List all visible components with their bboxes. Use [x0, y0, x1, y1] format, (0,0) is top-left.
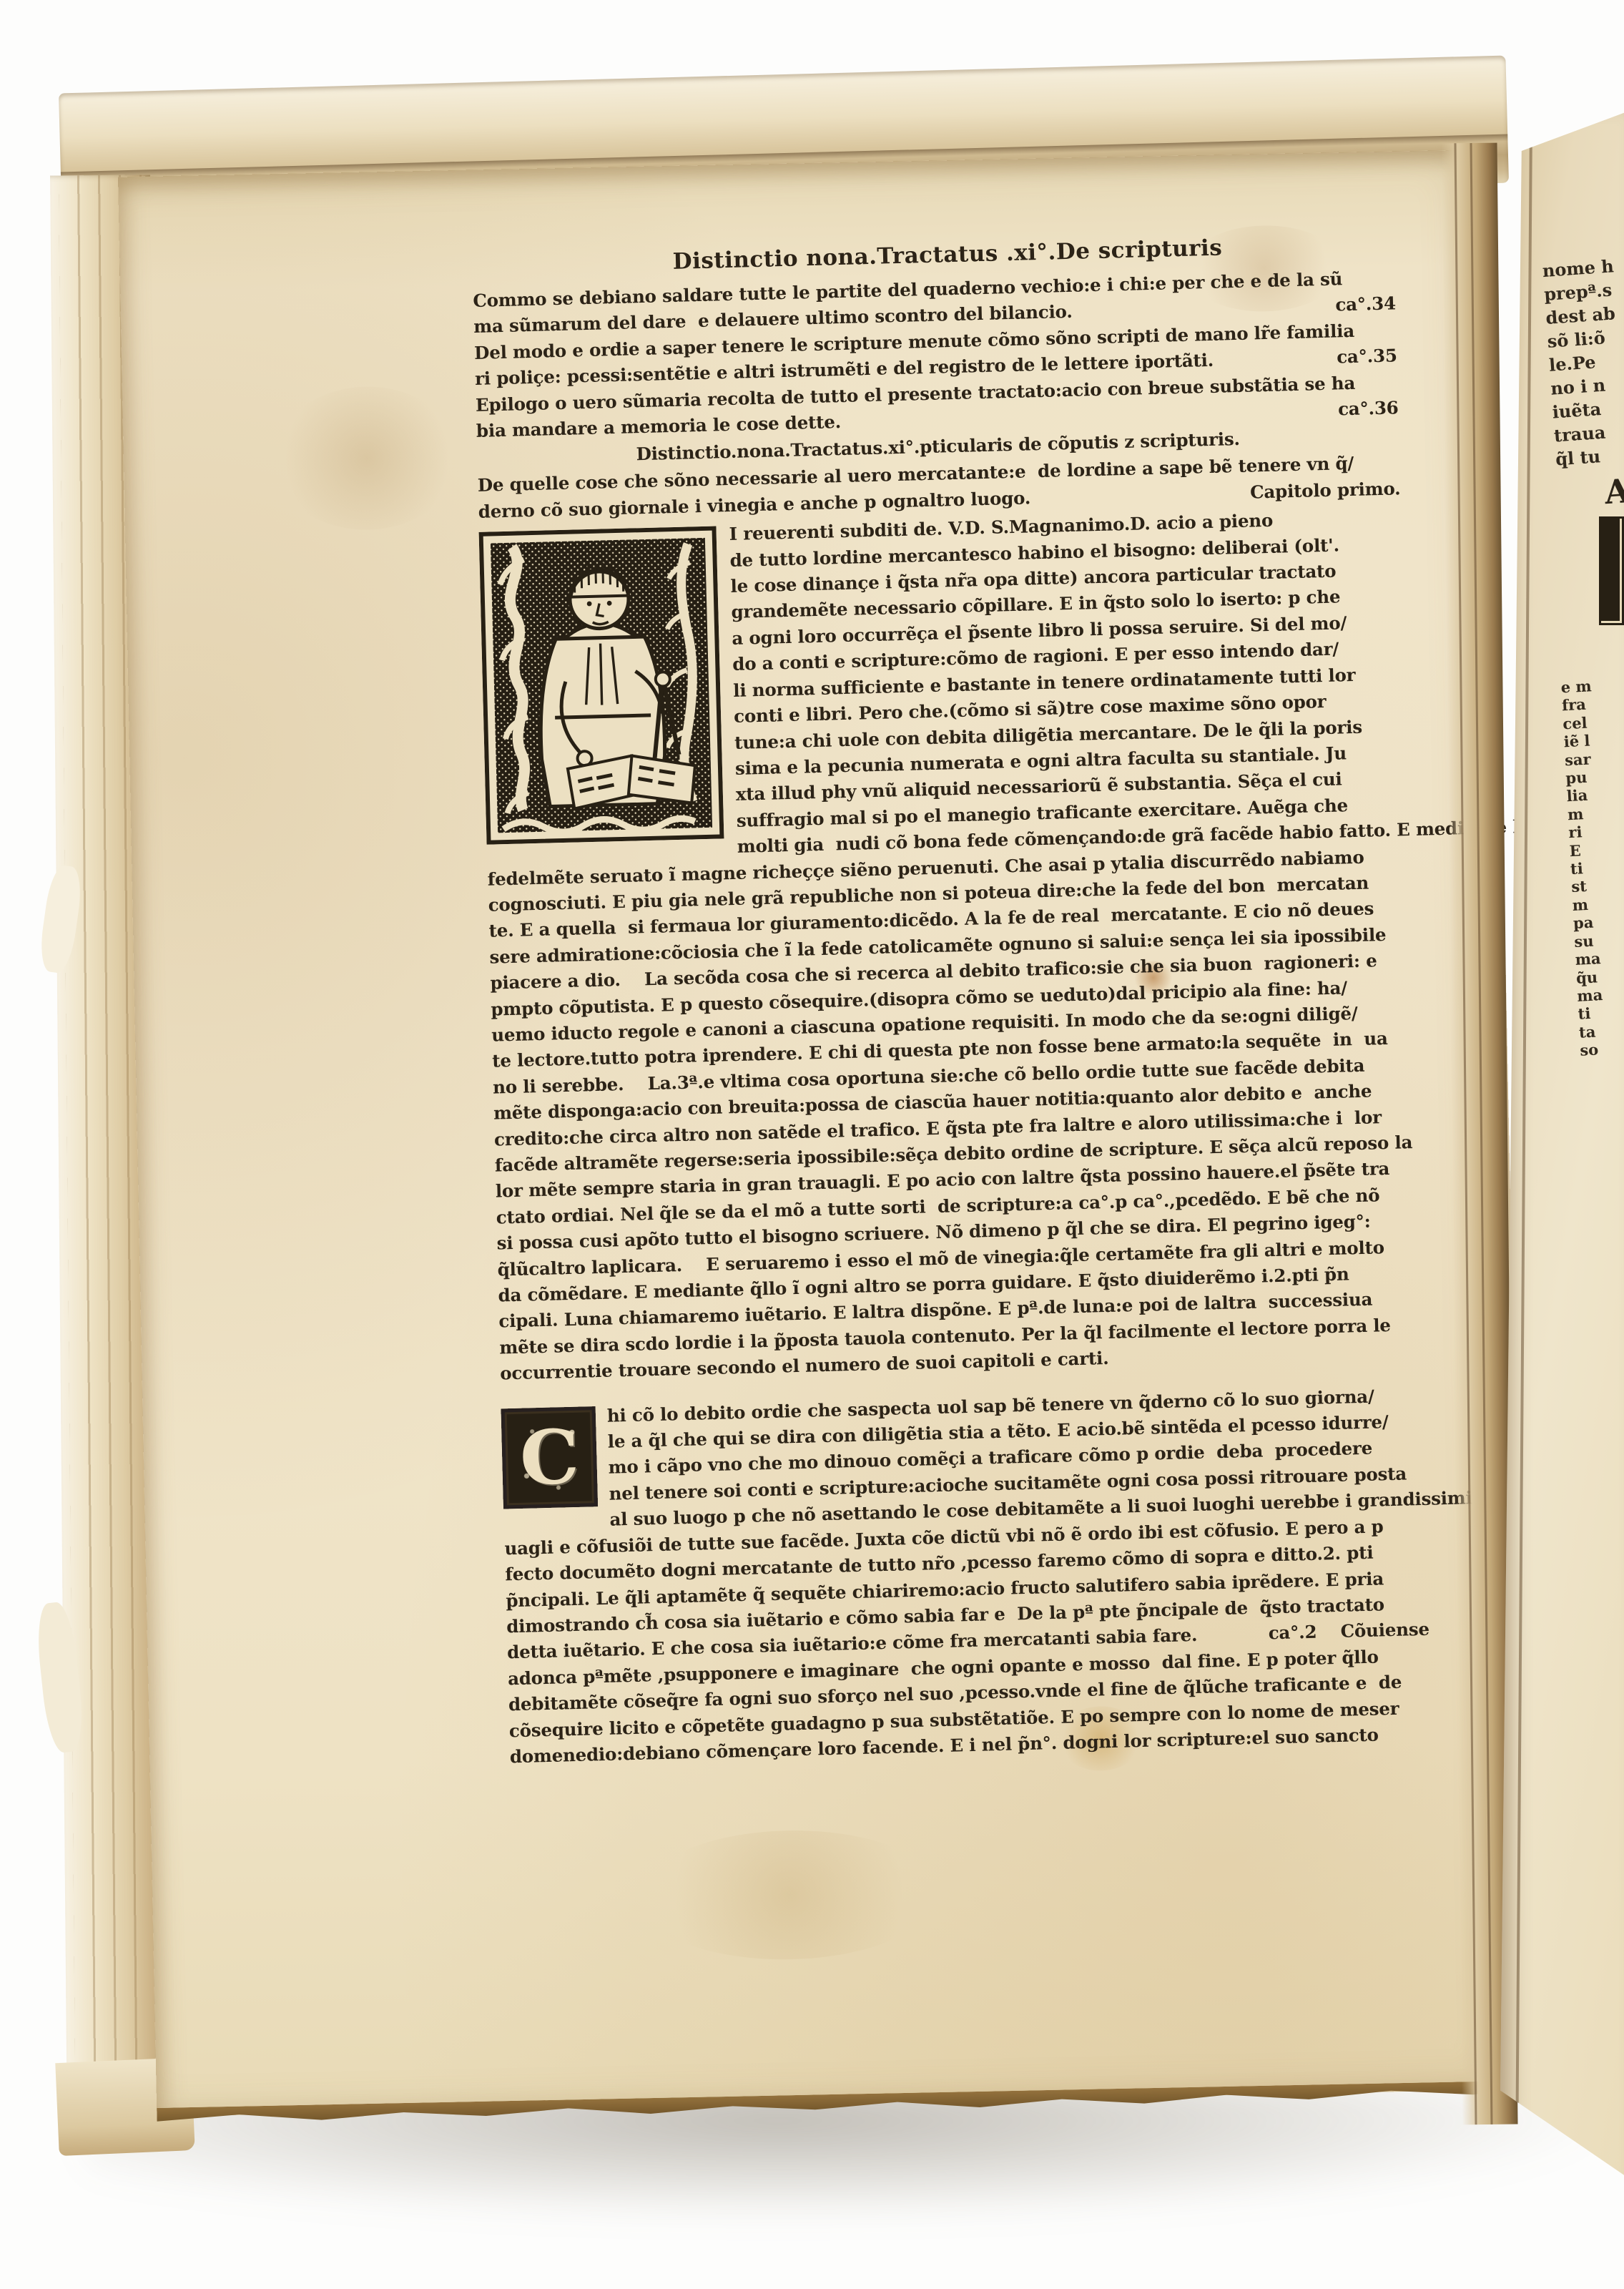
paper-stain — [638, 1828, 941, 1962]
fragment-line: q̃u — [1575, 966, 1624, 987]
facing-page-initial-woodcut-sliver — [1599, 516, 1624, 625]
decorated-initial-woodcut: C — [501, 1406, 599, 1509]
fragment-line: ma — [1575, 948, 1624, 969]
paper-stain — [272, 385, 461, 531]
verso-page: Distinctio nona.Tractatus .xi°.De script… — [118, 150, 1528, 2117]
fragment-line: m — [1572, 893, 1624, 915]
fragment-line: q̃l tu — [1555, 442, 1624, 471]
paragraph-2-lines: hi cõ lo debito ordie che saspecta uol s… — [501, 1383, 1432, 1770]
facing-page-large-letter: A — [1603, 471, 1624, 511]
fragment-line: st — [1571, 875, 1624, 896]
fragment-line: E — [1569, 839, 1624, 861]
fragment-line: ti — [1570, 857, 1624, 878]
facing-page-text-fragments-top: nome hprepª.sdest absõ li:õle.Peno i niu… — [1542, 254, 1624, 471]
fragment-line: ma — [1577, 984, 1624, 1006]
fragment-line: pa — [1573, 911, 1624, 933]
initial-foliage-ornament — [507, 1412, 592, 1503]
pacioli-portrait-woodcut — [479, 526, 724, 845]
paragraph-chapter-1: I reuerenti subditi de. V.D. S.Magnanimo… — [478, 504, 1422, 1387]
table-of-contents: Commo se debiano saldare tutte le partit… — [473, 265, 1399, 444]
printed-text-block: Distinctio nona.Tractatus .xi°.De script… — [472, 229, 1432, 1770]
fragment-line: su — [1574, 929, 1624, 951]
fragment-line: so — [1580, 1039, 1624, 1060]
paragraph-chapter-2: C hi cõ lo debito ordie che saspecta uol… — [501, 1383, 1432, 1770]
fragment-line: ti — [1578, 1002, 1624, 1024]
fragment-line: ta — [1578, 1020, 1624, 1041]
